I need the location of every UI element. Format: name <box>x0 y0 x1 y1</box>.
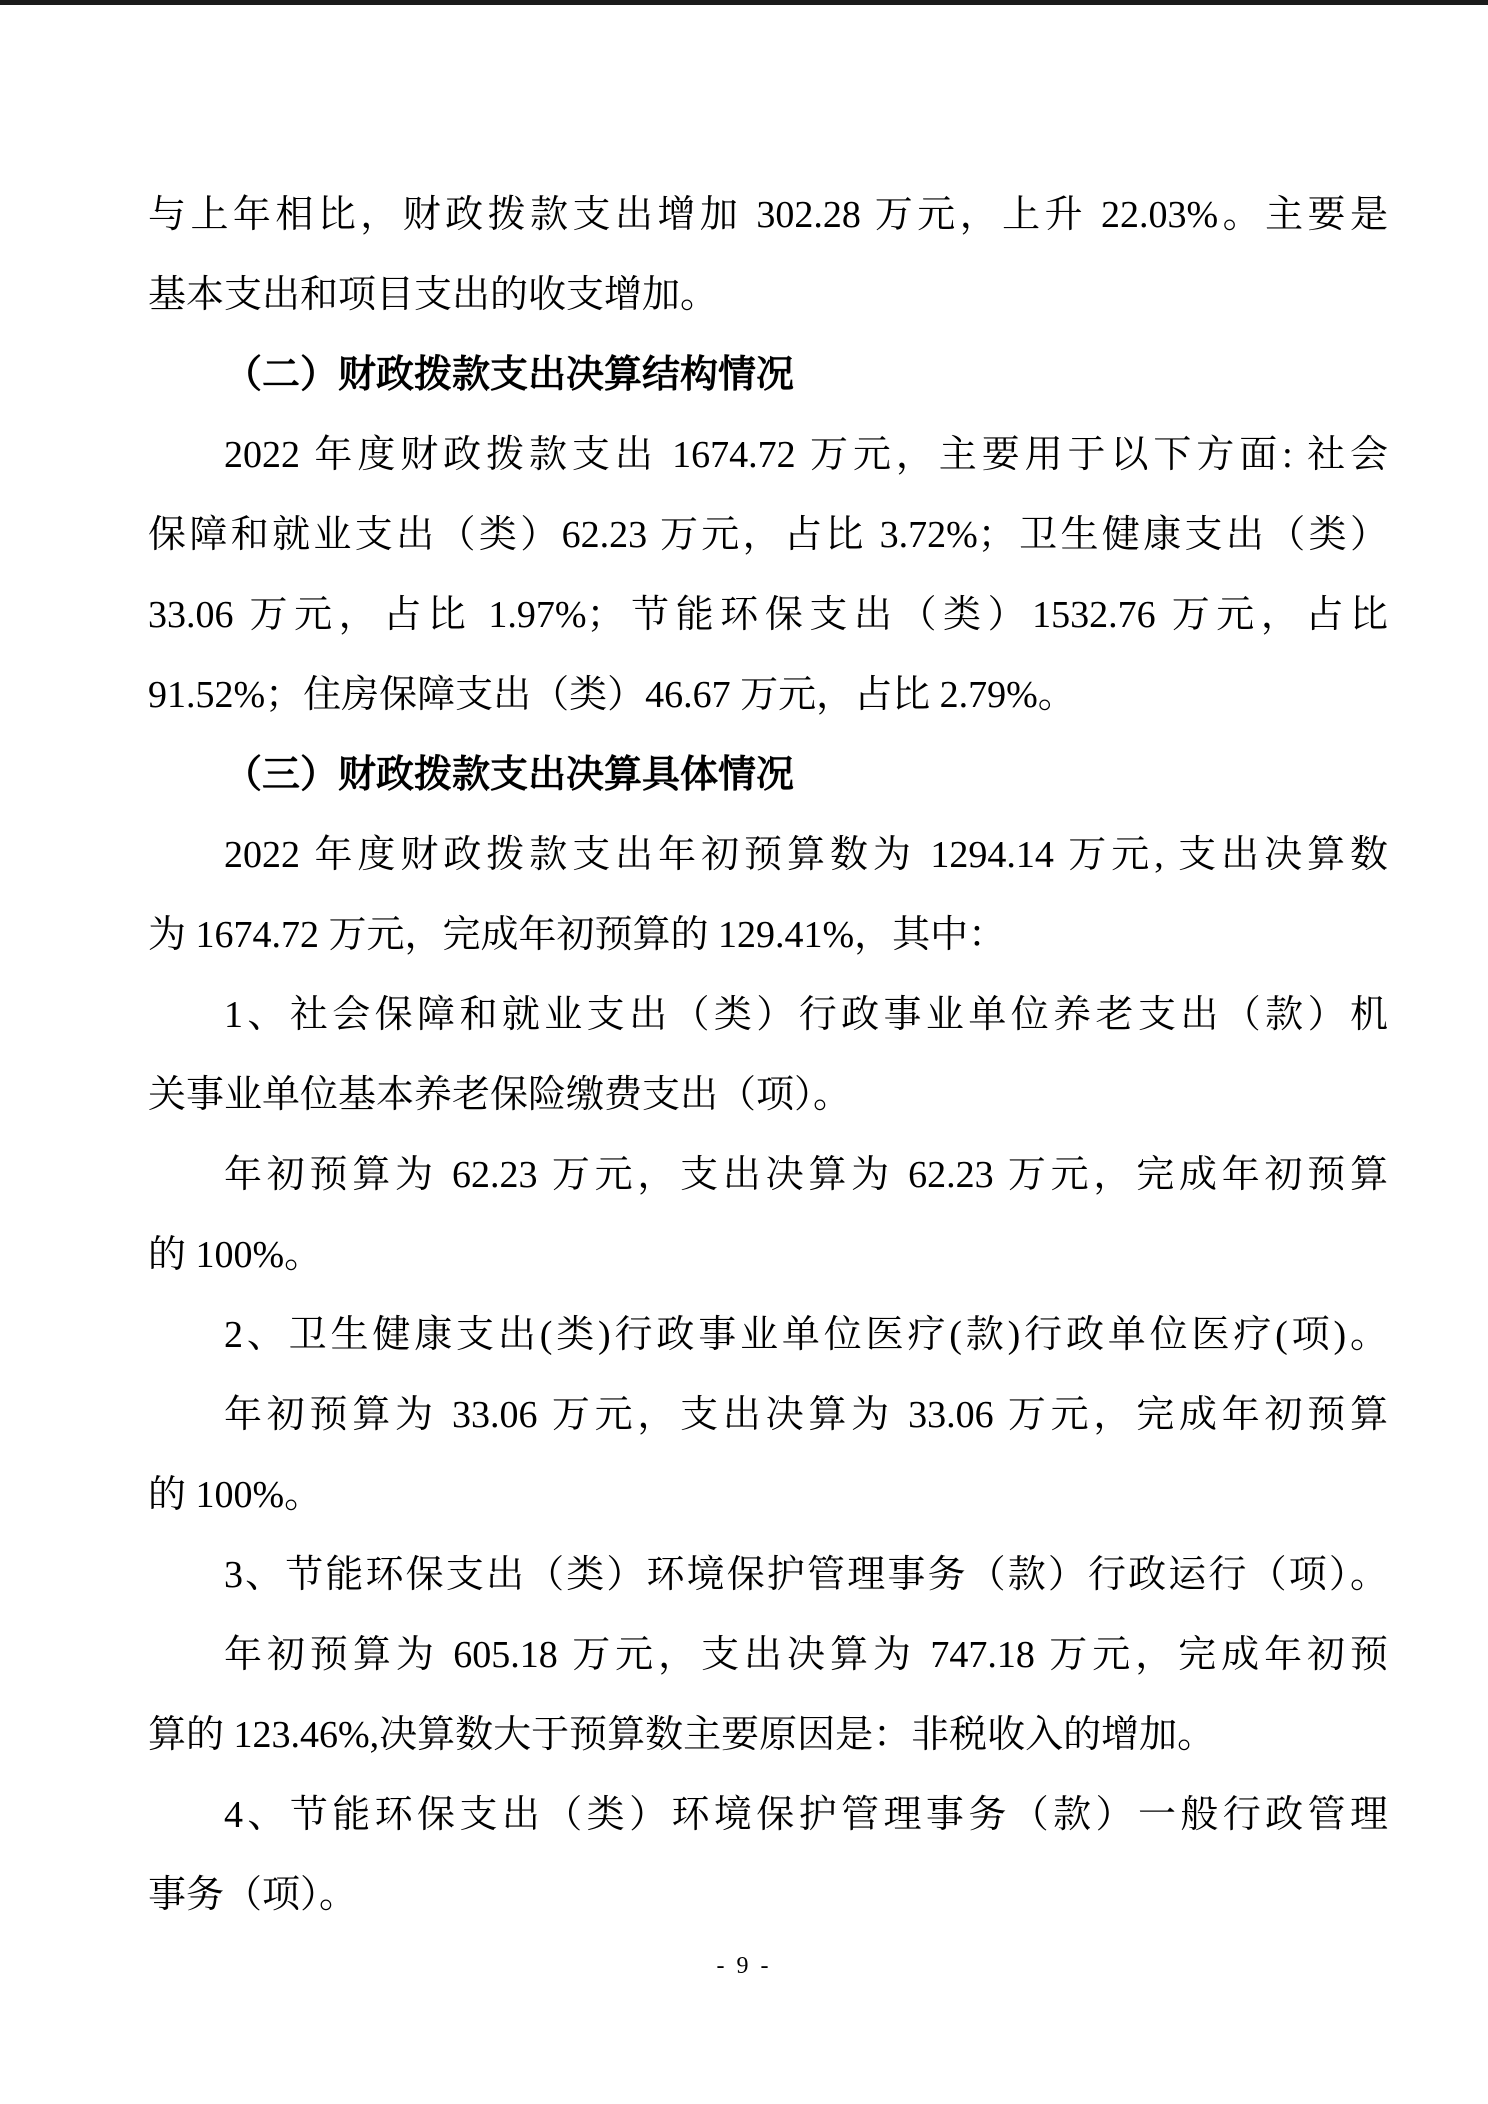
body-line-17: 的 100%。 <box>148 1455 1388 1535</box>
body-line-9: 2022 年度财政拨款支出年初预算数为 1294.14 万元, 支出决算数 <box>148 815 1388 895</box>
body-line-18: 3、节能环保支出（类）环境保护管理事务（款）行政运行（项）。 <box>148 1535 1388 1615</box>
body-line-6: 33.06 万元，占比 1.97%；节能环保支出（类）1532.76 万元，占比 <box>148 575 1388 655</box>
section-heading-3: （三）财政拨款支出决算具体情况 <box>148 735 1388 815</box>
body-line-5: 保障和就业支出（类）62.23 万元，占比 3.72%；卫生健康支出（类） <box>148 495 1388 575</box>
body-line-15: 2、卫生健康支出(类)行政事业单位医疗(款)行政单位医疗(项)。 <box>148 1295 1388 1375</box>
body-line-13: 年初预算为 62.23 万元，支出决算为 62.23 万元，完成年初预算 <box>148 1135 1388 1215</box>
body-line-20: 算的 123.46%,决算数大于预算数主要原因是：非税收入的增加。 <box>148 1695 1388 1775</box>
body-line-1: 与上年相比，财政拨款支出增加 302.28 万元，上升 22.03%。主要是 <box>148 175 1388 255</box>
body-line-22: 事务（项）。 <box>148 1855 1388 1935</box>
body-line-21: 4、节能环保支出（类）环境保护管理事务（款）一般行政管理 <box>148 1775 1388 1855</box>
document-page: 与上年相比，财政拨款支出增加 302.28 万元，上升 22.03%。主要是 基… <box>0 0 1488 2104</box>
body-line-2: 基本支出和项目支出的收支增加。 <box>148 255 1388 335</box>
document-body: 与上年相比，财政拨款支出增加 302.28 万元，上升 22.03%。主要是 基… <box>148 175 1388 1935</box>
body-line-4: 2022 年度财政拨款支出 1674.72 万元，主要用于以下方面: 社会 <box>148 415 1388 495</box>
page-top-border <box>0 0 1488 5</box>
body-line-11: 1、社会保障和就业支出（类）行政事业单位养老支出（款）机 <box>148 975 1388 1055</box>
body-line-10: 为 1674.72 万元，完成年初预算的 129.41%，其中： <box>148 895 1388 975</box>
body-line-12: 关事业单位基本养老保险缴费支出（项）。 <box>148 1055 1388 1135</box>
body-line-19: 年初预算为 605.18 万元，支出决算为 747.18 万元，完成年初预 <box>148 1615 1388 1695</box>
body-line-7: 91.52%；住房保障支出（类）46.67 万元，占比 2.79%。 <box>148 655 1388 735</box>
page-number: - 9 - <box>0 1948 1488 1984</box>
body-line-14: 的 100%。 <box>148 1215 1388 1295</box>
section-heading-2: （二）财政拨款支出决算结构情况 <box>148 335 1388 415</box>
body-line-16: 年初预算为 33.06 万元，支出决算为 33.06 万元，完成年初预算 <box>148 1375 1388 1455</box>
